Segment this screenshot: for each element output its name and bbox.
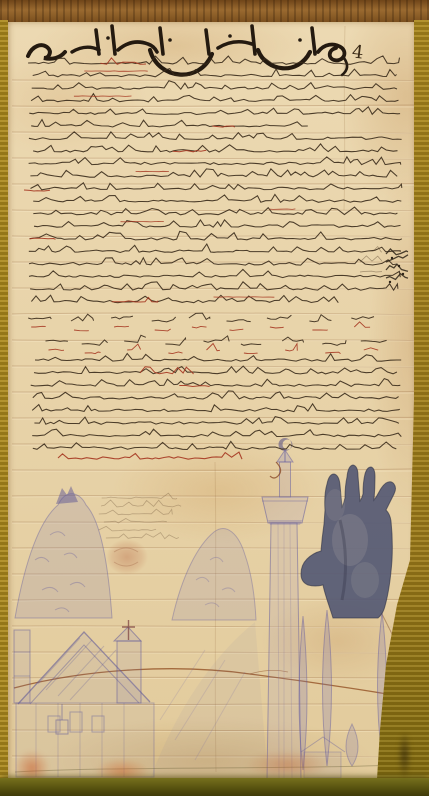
- fabric-border-bottom: [0, 778, 429, 796]
- parchment-sheet: [7, 20, 417, 782]
- stain-right-edge: [398, 732, 411, 778]
- stain-bottom-center: [244, 750, 330, 780]
- fabric-border-left: [0, 20, 8, 796]
- wood-frame-top: [0, 0, 429, 22]
- achtiname-manuscript-photo: 4: [0, 0, 429, 796]
